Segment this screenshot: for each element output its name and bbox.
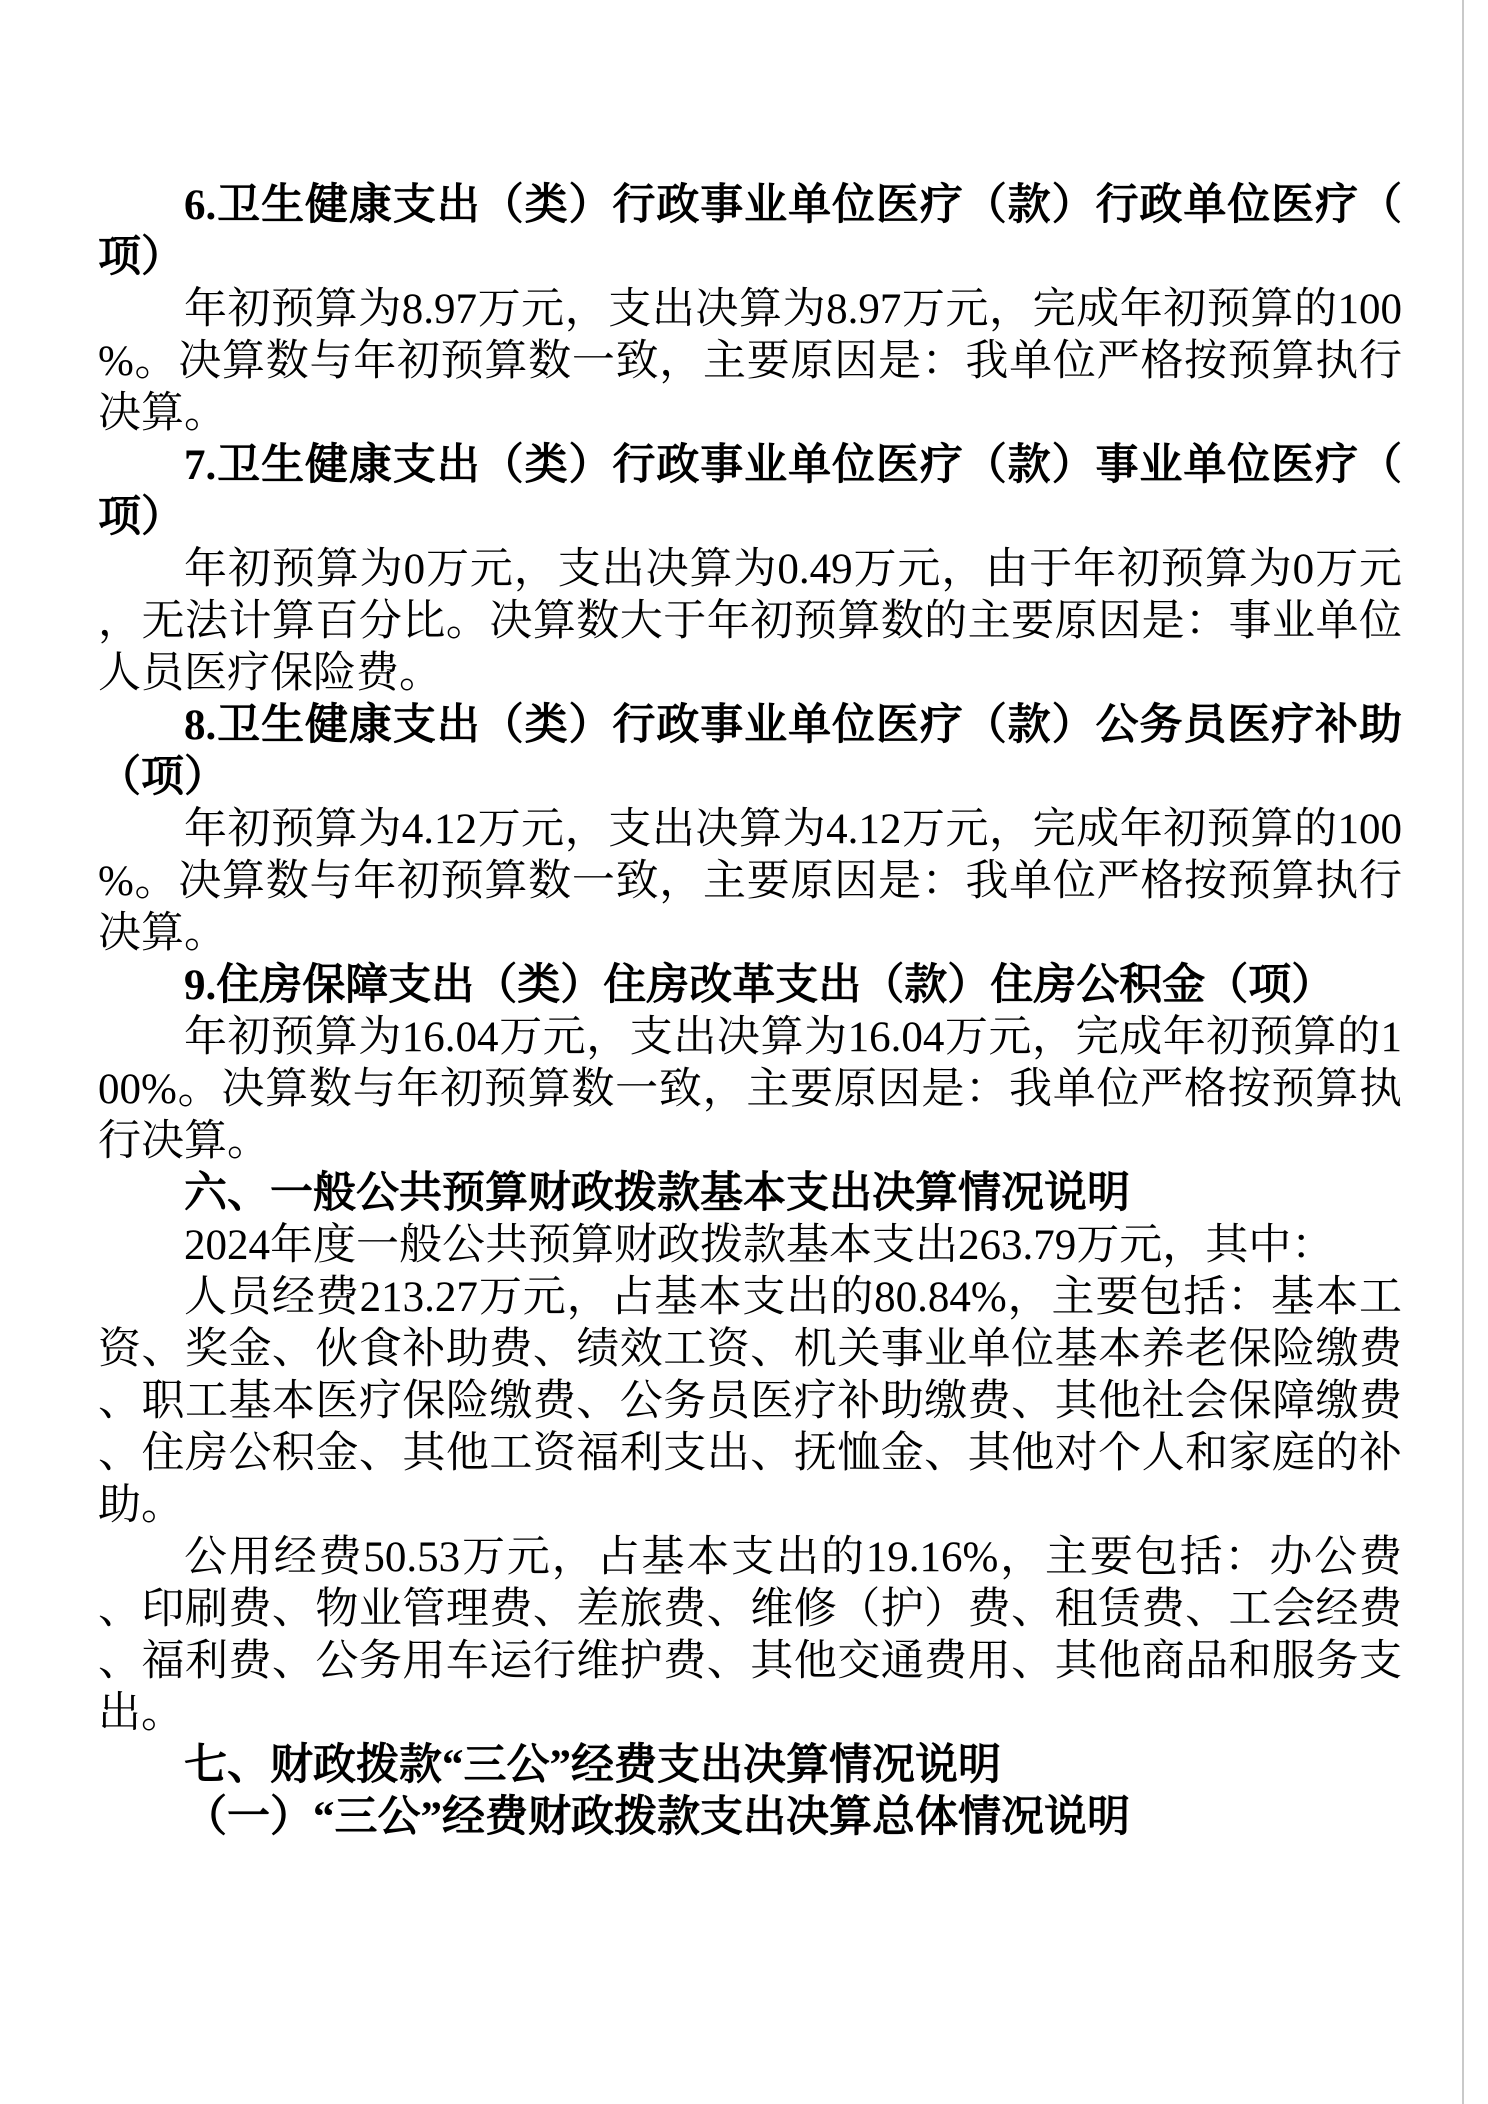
heading-item-9: 9.住房保障支出（类）住房改革支出（款）住房公积金（项） xyxy=(98,960,1402,1012)
section-seven-heading: 七、财政拨款“三公”经费支出决算情况说明 xyxy=(98,1740,1402,1792)
section-six-heading: 六、一般公共预算财政拨款基本支出决算情况说明 xyxy=(98,1168,1402,1220)
public-expense-para: 公用经费50.53万元，占基本支出的19.16%，主要包括：办公费、印刷费、物业… xyxy=(98,1532,1402,1740)
body-item-9: 年初预算为16.04万元，支出决算为16.04万元，完成年初预算的100%。决算… xyxy=(98,1012,1402,1168)
body-item-7: 年初预算为0万元，支出决算为0.49万元，由于年初预算为0万元，无法计算百分比。… xyxy=(98,544,1402,700)
section-seven-sub-heading: （一）“三公”经费财政拨款支出决算总体情况说明 xyxy=(98,1792,1402,1844)
body-item-6: 年初预算为8.97万元，支出决算为8.97万元，完成年初预算的100%。决算数与… xyxy=(98,284,1402,440)
heading-item-6: 6.卫生健康支出（类）行政事业单位医疗（款）行政单位医疗（项） xyxy=(98,180,1402,284)
section-six-intro: 2024年度一般公共预算财政拨款基本支出263.79万元，其中： xyxy=(98,1220,1402,1272)
document-body: 6.卫生健康支出（类）行政事业单位医疗（款）行政单位医疗（项） 年初预算为8.9… xyxy=(98,180,1402,1844)
document-page: 6.卫生健康支出（类）行政事业单位医疗（款）行政单位医疗（项） 年初预算为8.9… xyxy=(0,0,1488,2104)
heading-item-7: 7.卫生健康支出（类）行政事业单位医疗（款）事业单位医疗（项） xyxy=(98,440,1402,544)
personnel-expense-para: 人员经费213.27万元，占基本支出的80.84%，主要包括：基本工资、奖金、伙… xyxy=(98,1272,1402,1532)
page-right-edge xyxy=(1462,0,1464,2104)
heading-item-8: 8.卫生健康支出（类）行政事业单位医疗（款）公务员医疗补助（项） xyxy=(98,700,1402,804)
body-item-8: 年初预算为4.12万元，支出决算为4.12万元，完成年初预算的100%。决算数与… xyxy=(98,804,1402,960)
